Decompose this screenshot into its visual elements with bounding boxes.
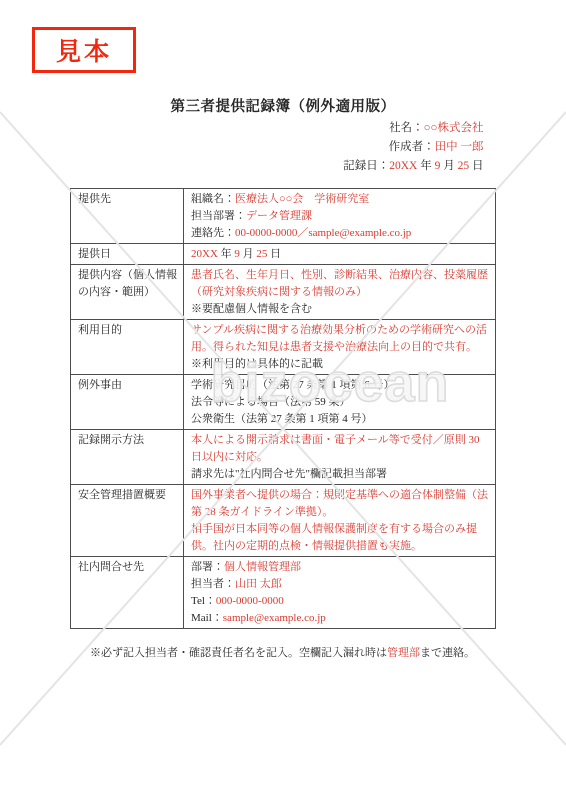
table-row: 記録開示方法本人による開示請求は書面・電子メール等で受付／原則 30 日以内に対… (71, 430, 496, 485)
text-segment: ○○株式会社 (424, 122, 484, 134)
text-segment: 作成者： (389, 141, 435, 153)
sample-stamp: 見本 (32, 27, 136, 73)
text-segment: 組織名： (191, 193, 235, 205)
text-segment: ※利用目的は具体的に記載 (191, 358, 323, 370)
text-segment: 学術研究目的（法第 27 条第 1 項第 6 号） (191, 379, 395, 391)
text-segment: 患者氏名、生年月日、性別、診断結果、治療内容、投薬履歴（研究対象疾病に関する情報… (191, 269, 488, 298)
row-label: 提供内容（個人情報の内容・範囲） (71, 265, 184, 320)
row-label: 利用目的 (71, 320, 184, 375)
content-line: 担当者：山田 太郎 (191, 576, 489, 593)
row-content: 組織名：医療法人○○会 学術研究室担当部署：データ管理課連絡先：00-0000-… (184, 189, 496, 244)
table-row: 提供日20XX 年 9 月 25 日 (71, 244, 496, 265)
text-segment: 月 (240, 248, 257, 260)
content-line: 請求先は"社内問合せ先"欄記載担当部署 (191, 466, 489, 483)
text-segment: 国外事業者へ提供の場合：規則定基準への適合体制整備（法第 28 条ガイドライン準… (191, 489, 488, 518)
text-segment: ※必ず記入担当者・確認責任者名を記入。空欄記入漏れ時は (90, 647, 387, 659)
row-label: 社内問合せ先 (71, 557, 184, 629)
sample-stamp-label: 見本 (56, 32, 112, 68)
text-segment: 25 (458, 160, 470, 172)
text-segment: 法令等による場合（法第 59 条） (191, 396, 351, 408)
row-label: 安全管理措置概要 (71, 485, 184, 557)
text-segment: 社名： (389, 122, 424, 134)
content-line: 連絡先：00-0000-0000／sample@example.co.jp (191, 225, 489, 242)
text-segment: 月 (440, 160, 457, 172)
header-line: 社名：○○株式会社 (83, 119, 484, 138)
row-content: 20XX 年 9 月 25 日 (184, 244, 496, 265)
table-row: 提供内容（個人情報の内容・範囲）患者氏名、生年月日、性別、診断結果、治療内容、投… (71, 265, 496, 320)
table-row: 提供先組織名：医療法人○○会 学術研究室担当部署：データ管理課連絡先：00-00… (71, 189, 496, 244)
text-segment: 年 (218, 248, 235, 260)
text-segment: まで連絡。 (420, 647, 475, 659)
text-segment: 25 (256, 248, 267, 260)
table-row: 利用目的サンプル疾病に関する治療効果分析のための学術研究への活用。得られた知見は… (71, 320, 496, 375)
content-line: 法令等による場合（法第 59 条） (191, 394, 489, 411)
text-segment: 00-0000-0000／sample@example.co.jp (235, 227, 411, 239)
text-segment: sample@example.co.jp (223, 612, 326, 624)
text-segment: 田中 一郎 (435, 141, 484, 153)
content-line: 担当部署：データ管理課 (191, 208, 489, 225)
document-page: bizocean 見本 第三者提供記録簿（例外適用版） 社名：○○株式会社作成者… (0, 0, 566, 800)
content-line: 国外事業者へ提供の場合：規則定基準への適合体制整備（法第 28 条ガイドライン準… (191, 487, 489, 521)
text-segment: 日 (469, 160, 483, 172)
content-line: ※利用目的は具体的に記載 (191, 356, 489, 373)
header-line: 作成者：田中 一郎 (83, 138, 484, 157)
content-line: サンプル疾病に関する治療効果分析のための学術研究への活用。得られた知見は患者支援… (191, 322, 489, 356)
text-segment: データ管理課 (246, 210, 312, 222)
text-segment: 医療法人○○会 学術研究室 (235, 193, 369, 205)
text-segment: 担当者： (191, 578, 235, 590)
text-segment: 20XX (191, 248, 218, 260)
text-segment: 年 (417, 160, 434, 172)
row-content: 国外事業者へ提供の場合：規則定基準への適合体制整備（法第 28 条ガイドライン準… (184, 485, 496, 557)
content-line: 患者氏名、生年月日、性別、診断結果、治療内容、投薬履歴（研究対象疾病に関する情報… (191, 267, 489, 301)
content-line: 公衆衛生（法第 27 条第 1 項第 4 号） (191, 411, 489, 428)
content-line: 部署：個人情報管理部 (191, 559, 489, 576)
record-table: 提供先組織名：医療法人○○会 学術研究室担当部署：データ管理課連絡先：00-00… (70, 188, 496, 629)
text-segment: Mail： (191, 612, 223, 624)
text-segment: 管理部 (387, 647, 420, 659)
text-segment: サンプル疾病に関する治療効果分析のための学術研究への活用。得られた知見は患者支援… (191, 324, 487, 353)
row-content: 患者氏名、生年月日、性別、診断結果、治療内容、投薬履歴（研究対象疾病に関する情報… (184, 265, 496, 320)
page-title: 第三者提供記録簿（例外適用版） (0, 95, 566, 116)
row-label: 記録開示方法 (71, 430, 184, 485)
text-segment: Tel： (191, 595, 216, 607)
content-line: 学術研究目的（法第 27 条第 1 項第 6 号） (191, 377, 489, 394)
text-segment: 20XX (389, 160, 417, 172)
content-line: Tel：000-0000-0000 (191, 593, 489, 610)
table-row: 安全管理措置概要国外事業者へ提供の場合：規則定基準への適合体制整備（法第 28 … (71, 485, 496, 557)
row-label: 提供日 (71, 244, 184, 265)
text-segment: 相手国が日本同等の個人情報保護制度を有する場合のみ提供。社内の定期的点検・情報提… (191, 523, 477, 552)
text-segment: ※要配慮個人情報を含む (191, 303, 312, 315)
content-line: Mail：sample@example.co.jp (191, 610, 489, 627)
text-segment: 担当部署： (191, 210, 246, 222)
content-line: 組織名：医療法人○○会 学術研究室 (191, 191, 489, 208)
header-line: 記録日：20XX 年 9 月 25 日 (83, 157, 484, 176)
row-content: 本人による開示請求は書面・電子メール等で受付／原則 30 日以内に対応。請求先は… (184, 430, 496, 485)
content-line: 相手国が日本同等の個人情報保護制度を有する場合のみ提供。社内の定期的点検・情報提… (191, 521, 489, 555)
row-label: 例外事由 (71, 375, 184, 430)
text-segment: 本人による開示請求は書面・電子メール等で受付／原則 30 日以内に対応。 (191, 434, 480, 463)
text-segment: 連絡先： (191, 227, 235, 239)
header-info: 社名：○○株式会社作成者：田中 一郎記録日：20XX 年 9 月 25 日 (83, 119, 484, 176)
record-table-body: 提供先組織名：医療法人○○会 学術研究室担当部署：データ管理課連絡先：00-00… (71, 189, 496, 629)
table-row: 例外事由学術研究目的（法第 27 条第 1 項第 6 号）法令等による場合（法第… (71, 375, 496, 430)
text-segment: 個人情報管理部 (224, 561, 301, 573)
content-line: ※要配慮個人情報を含む (191, 301, 489, 318)
row-content: 学術研究目的（法第 27 条第 1 項第 6 号）法令等による場合（法第 59 … (184, 375, 496, 430)
content-line: 20XX 年 9 月 25 日 (191, 246, 489, 263)
content-line: 本人による開示請求は書面・電子メール等で受付／原則 30 日以内に対応。 (191, 432, 489, 466)
text-segment: 請求先は"社内問合せ先"欄記載担当部署 (191, 468, 387, 480)
text-segment: 山田 太郎 (235, 578, 282, 590)
text-segment: 部署： (191, 561, 224, 573)
row-content: 部署：個人情報管理部担当者：山田 太郎Tel：000-0000-0000Mail… (184, 557, 496, 629)
footnote: ※必ず記入担当者・確認責任者名を記入。空欄記入漏れ時は管理部まで連絡。 (90, 645, 530, 662)
text-segment: 記録日： (343, 160, 389, 172)
row-label: 提供先 (71, 189, 184, 244)
footnote-line: ※必ず記入担当者・確認責任者名を記入。空欄記入漏れ時は管理部まで連絡。 (90, 645, 530, 662)
table-row: 社内問合せ先部署：個人情報管理部担当者：山田 太郎Tel：000-0000-00… (71, 557, 496, 629)
text-segment: 日 (267, 248, 281, 260)
row-content: サンプル疾病に関する治療効果分析のための学術研究への活用。得られた知見は患者支援… (184, 320, 496, 375)
text-segment: 000-0000-0000 (216, 595, 284, 607)
text-segment: 公衆衛生（法第 27 条第 1 項第 4 号） (191, 413, 373, 425)
